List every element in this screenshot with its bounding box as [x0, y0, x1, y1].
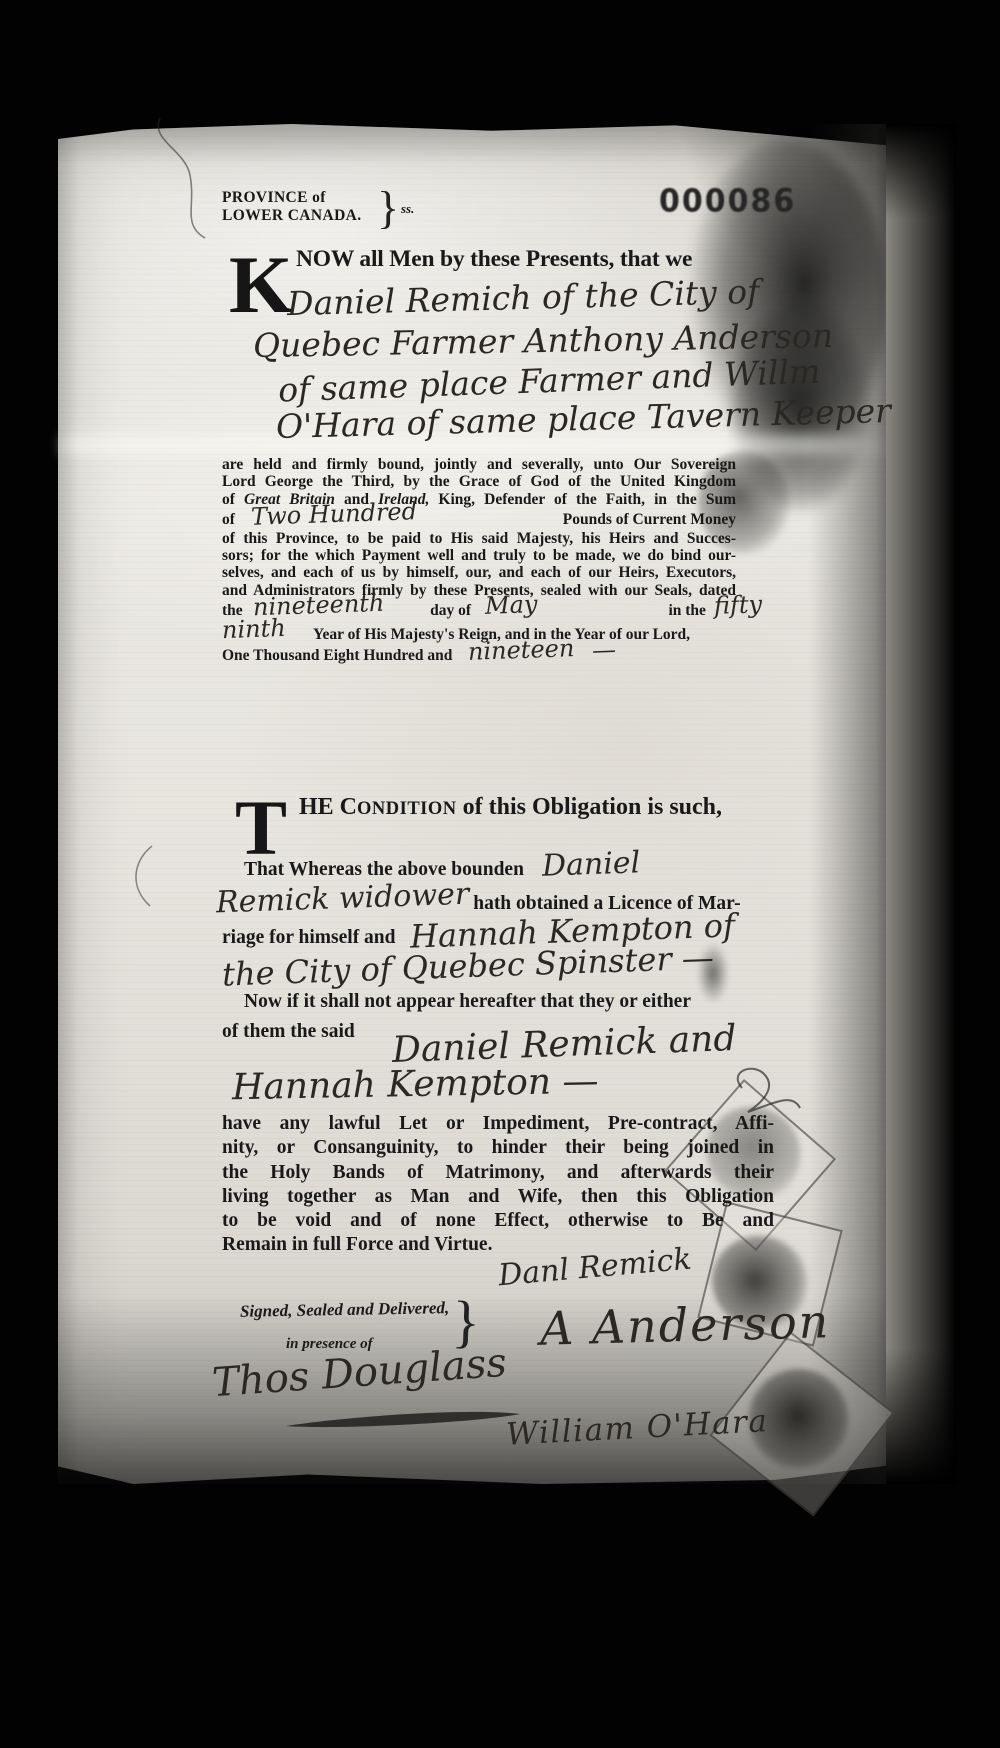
bond-text: of — [222, 491, 244, 508]
handwritten-sum: Two Hundred — [251, 503, 418, 526]
province-line2: LOWER CANADA. — [222, 207, 362, 225]
condition-line: the City of Quebec Spinster — — [222, 953, 778, 988]
bond-line: of this Province, to be paid to His said… — [222, 530, 736, 547]
bond-line: Lord George the Third, by the Grace of G… — [222, 473, 736, 490]
bond-line-year: One Thousand Eight Hundred and nineteen … — [222, 644, 736, 664]
condition-headline-part: of this Obligation is such, — [457, 794, 722, 820]
closing-line: to be void and of none Effect, otherwise… — [222, 1209, 774, 1233]
condition-headline-part: HE C — [299, 794, 357, 820]
bond-text: Pounds of Current Money — [563, 511, 736, 528]
condition-text: That Whereas the above bounden — [244, 859, 524, 880]
bond-text: day of — [430, 602, 471, 619]
signature-anderson: A Anderson — [539, 1294, 831, 1356]
bond-line-date: the nineteenth day of May in the fifty — [222, 599, 736, 623]
bond-text: One Thousand Eight Hundred and — [222, 647, 452, 664]
handwritten-groom-last: Remick widower — [216, 879, 470, 917]
condition-text: riage for himself and — [222, 927, 396, 948]
condition-headline-smallcaps: ONDITION — [357, 799, 457, 819]
handwritten-regnal-year-2: ninth — [222, 620, 286, 640]
bond-text: of — [222, 511, 235, 528]
handwritten-year: nineteen — [468, 640, 575, 661]
closing-line: the Holy Bands of Matrimony, and afterwa… — [222, 1161, 774, 1185]
closing-line: have any lawful Let or Impediment, Pre-c… — [222, 1112, 774, 1136]
jurisdiction-brace: } — [377, 181, 399, 234]
condition-headline: HE CONDITION of this Obligation is such, — [299, 794, 722, 821]
province-label: PROVINCE of LOWER CANADA. — [222, 189, 362, 225]
handwritten-month: May — [485, 596, 538, 615]
serial-number-stamp: 000086 — [659, 183, 796, 220]
closing-paragraph: have any lawful Let or Impediment, Pre-c… — [222, 1112, 774, 1258]
handwritten-regnal-year-1: fifty — [714, 596, 763, 615]
scanned-document: PROVINCE of LOWER CANADA. } ss. 000086 K… — [0, 0, 1000, 1748]
condition-line: Now if it shall not appear hereafter tha… — [222, 987, 778, 1017]
attestation-line-1: Signed, Sealed and Delivered, — [240, 1298, 449, 1322]
page-gutter-shadow — [886, 124, 956, 1484]
bond-paragraph: are held and firmly bound, jointly and s… — [222, 456, 736, 664]
bond-text: King, Defender of the Faith, in the Sum — [429, 491, 736, 508]
closing-line: living together as Man and Wife, then th… — [222, 1185, 774, 1209]
handwritten-groom-first: Daniel — [541, 848, 640, 881]
handwritten-couple-line-2: Hannah Kempton — — [232, 1061, 599, 1108]
province-line1: PROVINCE of — [222, 189, 362, 207]
closing-line: nity, or Consanguinity, to hinder their … — [222, 1136, 774, 1160]
handwritten-dash: — — [592, 642, 617, 660]
bond-text: in the — [668, 602, 705, 619]
bond-line: selves, and each of us by himself, our, … — [222, 564, 736, 581]
bond-line: are held and firmly bound, jointly and s… — [222, 456, 736, 473]
bond-line-sum: of Two Hundred Pounds of Current Money — [222, 508, 736, 530]
opening-dropcap: K — [229, 244, 293, 326]
condition-paragraph: That Whereas the above boundenDaniel Rem… — [222, 851, 778, 1046]
ss-label: ss. — [401, 201, 414, 217]
condition-line: That Whereas the above boundenDaniel — [222, 851, 778, 885]
opening-headline: NOW all Men by these Presents, that we — [296, 246, 692, 273]
bond-line: sors; for the which Payment well and tru… — [222, 547, 736, 564]
